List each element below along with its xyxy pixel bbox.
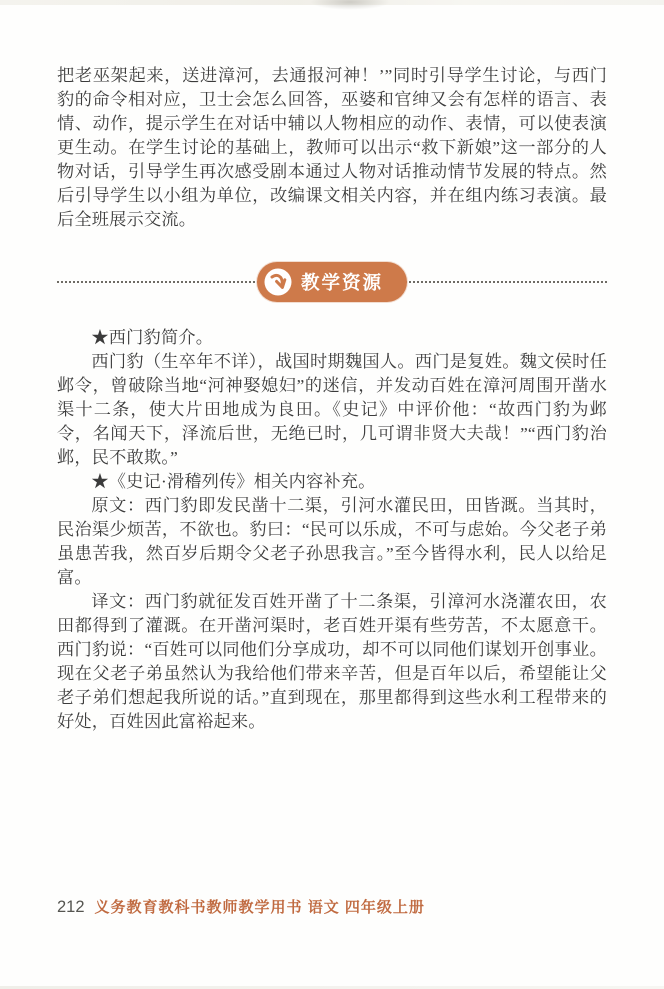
page-body: 把老巫架起来，送进漳河，去通报河神！’”同时引导学生讨论，与西门豹的命令相对应，… bbox=[57, 64, 607, 734]
badge-label: 教学资源 bbox=[301, 269, 383, 295]
scan-smudge bbox=[310, 0, 390, 10]
opening-paragraph: 把老巫架起来，送进漳河，去通报河神！’”同时引导学生讨论，与西门豹的命令相对应，… bbox=[57, 64, 607, 232]
book-title: 义务教育教科书教师教学用书 语文 四年级上册 bbox=[95, 896, 425, 917]
curved-down-right-arrow-icon bbox=[264, 268, 292, 296]
section-paragraph: 原文：西门豹即发民凿十二渠，引河水灌民田，田皆溉。当其时，民治渠少烦苦，不欲也。… bbox=[57, 494, 607, 590]
section-divider: 教学资源 bbox=[57, 262, 607, 302]
teaching-resources-badge: 教学资源 bbox=[257, 262, 407, 302]
section-heading: ★西门豹简介。 bbox=[57, 326, 607, 350]
page-number: 212 bbox=[57, 898, 85, 917]
section-heading: ★《史记·滑稽列传》相关内容补充。 bbox=[57, 470, 607, 494]
section-paragraph: 西门豹（生卒年不详），战国时期魏国人。西门是复姓。魏文侯时任邺令，曾破除当地“河… bbox=[57, 350, 607, 470]
textbook-page: 把老巫架起来，送进漳河，去通报河神！’”同时引导学生讨论，与西门豹的命令相对应，… bbox=[0, 0, 664, 989]
section-paragraph: 译文：西门豹就征发百姓开凿了十二条渠，引漳河水浇灌农田，农田都得到了灌溉。在开凿… bbox=[57, 590, 607, 734]
page-footer: 212 义务教育教科书教师教学用书 语文 四年级上册 bbox=[57, 896, 425, 917]
